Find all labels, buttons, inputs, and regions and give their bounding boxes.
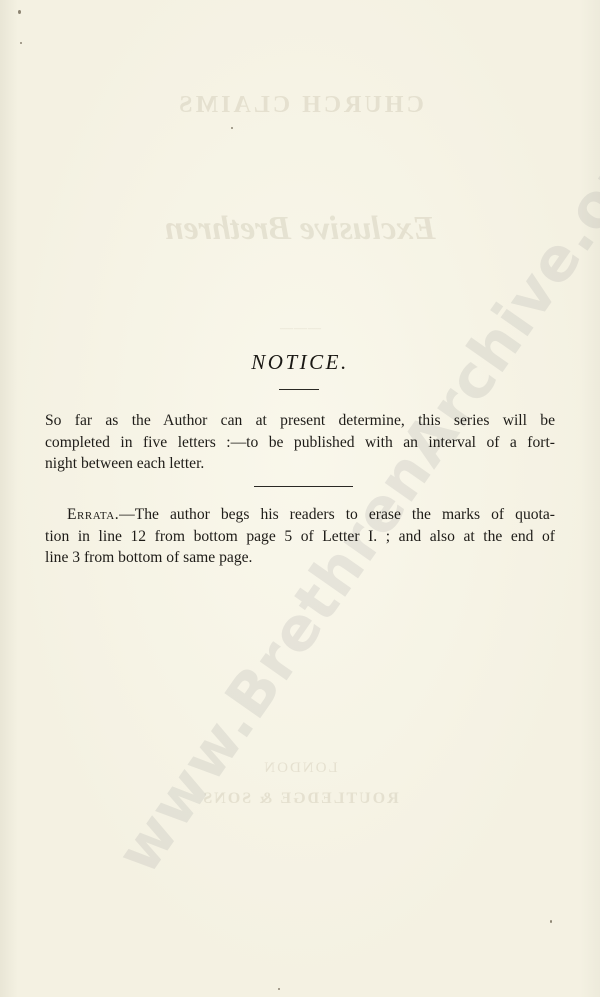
page-title: NOTICE. bbox=[0, 350, 600, 375]
notice-line: night between each letter. bbox=[45, 453, 555, 475]
errata-label: Errata. bbox=[67, 506, 119, 523]
scanned-page: CHURCH CLAIMS Exclusive Brethren ——— LON… bbox=[0, 0, 600, 997]
notice-paragraph: So far as the Author can at present dete… bbox=[45, 410, 555, 475]
errata-line: tion in line 12 from bottom page 5 of Le… bbox=[45, 526, 555, 548]
errata-line: Errata.—The author begs his readers to e… bbox=[45, 504, 555, 526]
bleed-through-rule: ——— bbox=[0, 320, 600, 336]
title-divider bbox=[279, 389, 319, 390]
notice-line: So far as the Author can at present dete… bbox=[45, 410, 555, 432]
errata-text: —The author begs his readers to erase th… bbox=[119, 506, 555, 523]
paper-speck bbox=[20, 42, 22, 44]
paper-speck bbox=[231, 127, 233, 129]
section-divider bbox=[254, 486, 353, 487]
paper-speck bbox=[18, 10, 21, 14]
paper-speck bbox=[278, 988, 280, 990]
errata-line: line 3 from bottom of same page. bbox=[45, 547, 555, 569]
bleed-through-imprint-city: LONDON bbox=[0, 760, 600, 777]
notice-line: completed in five letters :—to be publis… bbox=[45, 432, 555, 454]
bleed-through-subtitle: Exclusive Brethren bbox=[0, 210, 600, 248]
paper-speck bbox=[550, 920, 552, 923]
bleed-through-imprint-publisher: ROUTLEDGE & SONS bbox=[0, 790, 600, 808]
bleed-through-heading: CHURCH CLAIMS bbox=[0, 92, 600, 119]
errata-paragraph: Errata.—The author begs his readers to e… bbox=[45, 504, 555, 569]
